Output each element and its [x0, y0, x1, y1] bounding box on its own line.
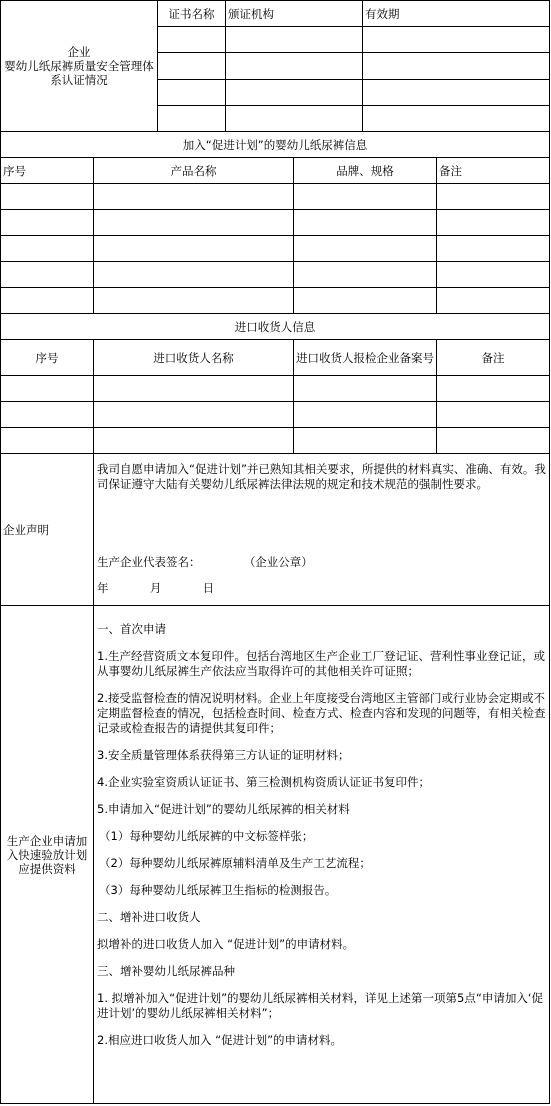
- materials-item: 拟增补的进口收货人加入 “促进计划”的申请材料。: [97, 937, 546, 952]
- importer-name-cell[interactable]: [94, 428, 294, 454]
- cert-label-line3: 系认证情况: [3, 73, 155, 87]
- cert-name-cell[interactable]: [158, 105, 226, 131]
- col-brand-spec: 品牌、规格: [294, 158, 437, 184]
- cert-name-cell[interactable]: [158, 27, 226, 53]
- issuing-body-cell[interactable]: [226, 105, 363, 131]
- signature-line: 生产企业代表签名： （企业公章）: [97, 555, 546, 570]
- importer-name-cell[interactable]: [94, 402, 294, 428]
- importers-header-row: 序号 进口收货人名称 进口收货人报检企业备案号 备注: [1, 340, 550, 376]
- signature-label: 生产企业代表签名：: [97, 555, 201, 569]
- products-title-row: 加入“促进计划”的婴幼儿纸尿裤信息: [1, 132, 550, 158]
- cert-label-line1: 企业: [3, 45, 155, 59]
- seal-label: （企业公章）: [244, 555, 313, 569]
- materials-item: 5.申请加入“促进计划”的婴幼儿纸尿裤的相关材料: [97, 802, 546, 817]
- importer-remarks-cell[interactable]: [437, 402, 550, 428]
- col-issuing-body: 颁证机构: [226, 1, 363, 27]
- materials-heading-add-importer: 二、增补进口收货人: [97, 910, 546, 925]
- remarks-cell[interactable]: [437, 210, 550, 236]
- brand-spec-cell[interactable]: [294, 288, 437, 314]
- materials-label: 生产企业申请加入快速验放计划应提供资料: [1, 606, 94, 1104]
- col-remarks: 备注: [437, 158, 550, 184]
- materials-subitem: （1）每种婴幼儿纸尿裤的中文标签样张；: [97, 829, 546, 844]
- importer-filing-cell[interactable]: [294, 376, 437, 402]
- serial-cell[interactable]: [1, 236, 94, 262]
- col-importer-name: 进口收货人名称: [94, 340, 294, 376]
- validity-cell[interactable]: [363, 53, 550, 79]
- declaration-content: 我司自愿申请加入“促进计划”并已熟知其相关要求，所提供的材料真实、准确、有效。我…: [94, 454, 550, 606]
- col-cert-name: 证书名称: [158, 1, 226, 27]
- col-validity: 有效期: [363, 1, 550, 27]
- brand-spec-cell[interactable]: [294, 210, 437, 236]
- date-month-label: 月: [150, 581, 162, 595]
- product-name-cell[interactable]: [94, 236, 294, 262]
- product-name-cell[interactable]: [94, 288, 294, 314]
- brand-spec-cell[interactable]: [294, 262, 437, 288]
- materials-content: 一、首次申请 1.生产经营资质文本复印件。包括台湾地区生产企业工厂登记证、营利性…: [94, 606, 550, 1104]
- importer-remarks-cell[interactable]: [437, 376, 550, 402]
- importer-serial-cell[interactable]: [1, 428, 94, 454]
- date-year-label: 年: [97, 581, 109, 595]
- materials-item: 1.生产经营资质文本复印件。包括台湾地区生产企业工厂登记证、营利性事业登记证，或…: [97, 649, 546, 679]
- remarks-cell[interactable]: [437, 262, 550, 288]
- product-row: [1, 288, 550, 314]
- materials-item: 1. 拟增补加入“促进计划”的婴幼儿纸尿裤相关材料，详见上述第一项第5点“申请加…: [97, 991, 546, 1021]
- materials-item: 2.接受监督检查的情况说明材料。企业上年度接受台湾地区主管部门或行业协会定期或不…: [97, 691, 546, 736]
- cert-section-label: 企业 婴幼儿纸尿裤质量安全管理体 系认证情况: [1, 1, 158, 132]
- importer-serial-cell[interactable]: [1, 376, 94, 402]
- materials-subitem: （2）每种婴幼儿纸尿裤原辅料清单及生产工艺流程；: [97, 856, 546, 871]
- materials-subitem: （3）每种婴幼儿纸尿裤卫生指标的检测报告。: [97, 883, 546, 898]
- date-line: 年 月 日: [97, 581, 546, 596]
- col-importer-filing-no: 进口收货人报检企业备案号: [294, 340, 437, 376]
- importer-filing-cell[interactable]: [294, 428, 437, 454]
- products-header-row: 序号 产品名称 品牌、规格 备注: [1, 158, 550, 184]
- importer-filing-cell[interactable]: [294, 402, 437, 428]
- product-row: [1, 236, 550, 262]
- validity-cell[interactable]: [363, 105, 550, 131]
- application-form: 企业 婴幼儿纸尿裤质量安全管理体 系认证情况 证书名称 颁证机构 有效期 加入“…: [0, 0, 549, 1104]
- validity-cell[interactable]: [363, 27, 550, 53]
- product-row: [1, 262, 550, 288]
- product-name-cell[interactable]: [94, 210, 294, 236]
- cert-name-cell[interactable]: [158, 79, 226, 105]
- product-row: [1, 184, 550, 210]
- importer-row: [1, 376, 550, 402]
- cert-label-line2: 婴幼儿纸尿裤质量安全管理体: [3, 59, 155, 73]
- serial-cell[interactable]: [1, 210, 94, 236]
- remarks-cell[interactable]: [437, 236, 550, 262]
- materials-row: 生产企业申请加入快速验放计划应提供资料 一、首次申请 1.生产经营资质文本复印件…: [1, 606, 550, 1104]
- product-row: [1, 210, 550, 236]
- date-day-label: 日: [203, 581, 215, 595]
- col-product-name: 产品名称: [94, 158, 294, 184]
- materials-item: 4.企业实验室资质认证证书、第三检测机构资质认证证书复印件；: [97, 775, 546, 790]
- importer-serial-cell[interactable]: [1, 402, 94, 428]
- issuing-body-cell[interactable]: [226, 79, 363, 105]
- cert-name-cell[interactable]: [158, 53, 226, 79]
- importers-title-row: 进口收货人信息: [1, 314, 550, 340]
- importers-section-title: 进口收货人信息: [1, 314, 550, 340]
- importer-name-cell[interactable]: [94, 376, 294, 402]
- col-serial: 序号: [1, 158, 94, 184]
- remarks-cell[interactable]: [437, 184, 550, 210]
- declaration-row: 企业声明 我司自愿申请加入“促进计划”并已熟知其相关要求，所提供的材料真实、准确…: [1, 454, 550, 606]
- declaration-label: 企业声明: [1, 454, 94, 606]
- importer-row: [1, 402, 550, 428]
- remarks-cell[interactable]: [437, 288, 550, 314]
- importer-row: [1, 428, 550, 454]
- declaration-text: 我司自愿申请加入“促进计划”并已熟知其相关要求，所提供的材料真实、准确、有效。我…: [97, 462, 546, 547]
- form-table: 企业 婴幼儿纸尿裤质量安全管理体 系认证情况 证书名称 颁证机构 有效期 加入“…: [0, 0, 550, 1104]
- materials-heading-first-application: 一、首次申请: [97, 622, 546, 637]
- materials-item: 2.相应进口收货人加入 “促进计划”的申请材料。: [97, 1033, 546, 1048]
- cert-header-row: 企业 婴幼儿纸尿裤质量安全管理体 系认证情况 证书名称 颁证机构 有效期: [1, 1, 550, 27]
- product-name-cell[interactable]: [94, 184, 294, 210]
- brand-spec-cell[interactable]: [294, 236, 437, 262]
- issuing-body-cell[interactable]: [226, 53, 363, 79]
- product-name-cell[interactable]: [94, 262, 294, 288]
- materials-item: 3.安全质量管理体系获得第三方认证的证明材料；: [97, 748, 546, 763]
- brand-spec-cell[interactable]: [294, 184, 437, 210]
- serial-cell[interactable]: [1, 262, 94, 288]
- col-importer-remarks: 备注: [437, 340, 550, 376]
- serial-cell[interactable]: [1, 288, 94, 314]
- importer-remarks-cell[interactable]: [437, 428, 550, 454]
- serial-cell[interactable]: [1, 184, 94, 210]
- validity-cell[interactable]: [363, 79, 550, 105]
- issuing-body-cell[interactable]: [226, 27, 363, 53]
- products-section-title: 加入“促进计划”的婴幼儿纸尿裤信息: [1, 132, 550, 158]
- materials-heading-add-product: 三、增补婴幼儿纸尿裤品种: [97, 964, 546, 979]
- col-importer-serial: 序号: [1, 340, 94, 376]
